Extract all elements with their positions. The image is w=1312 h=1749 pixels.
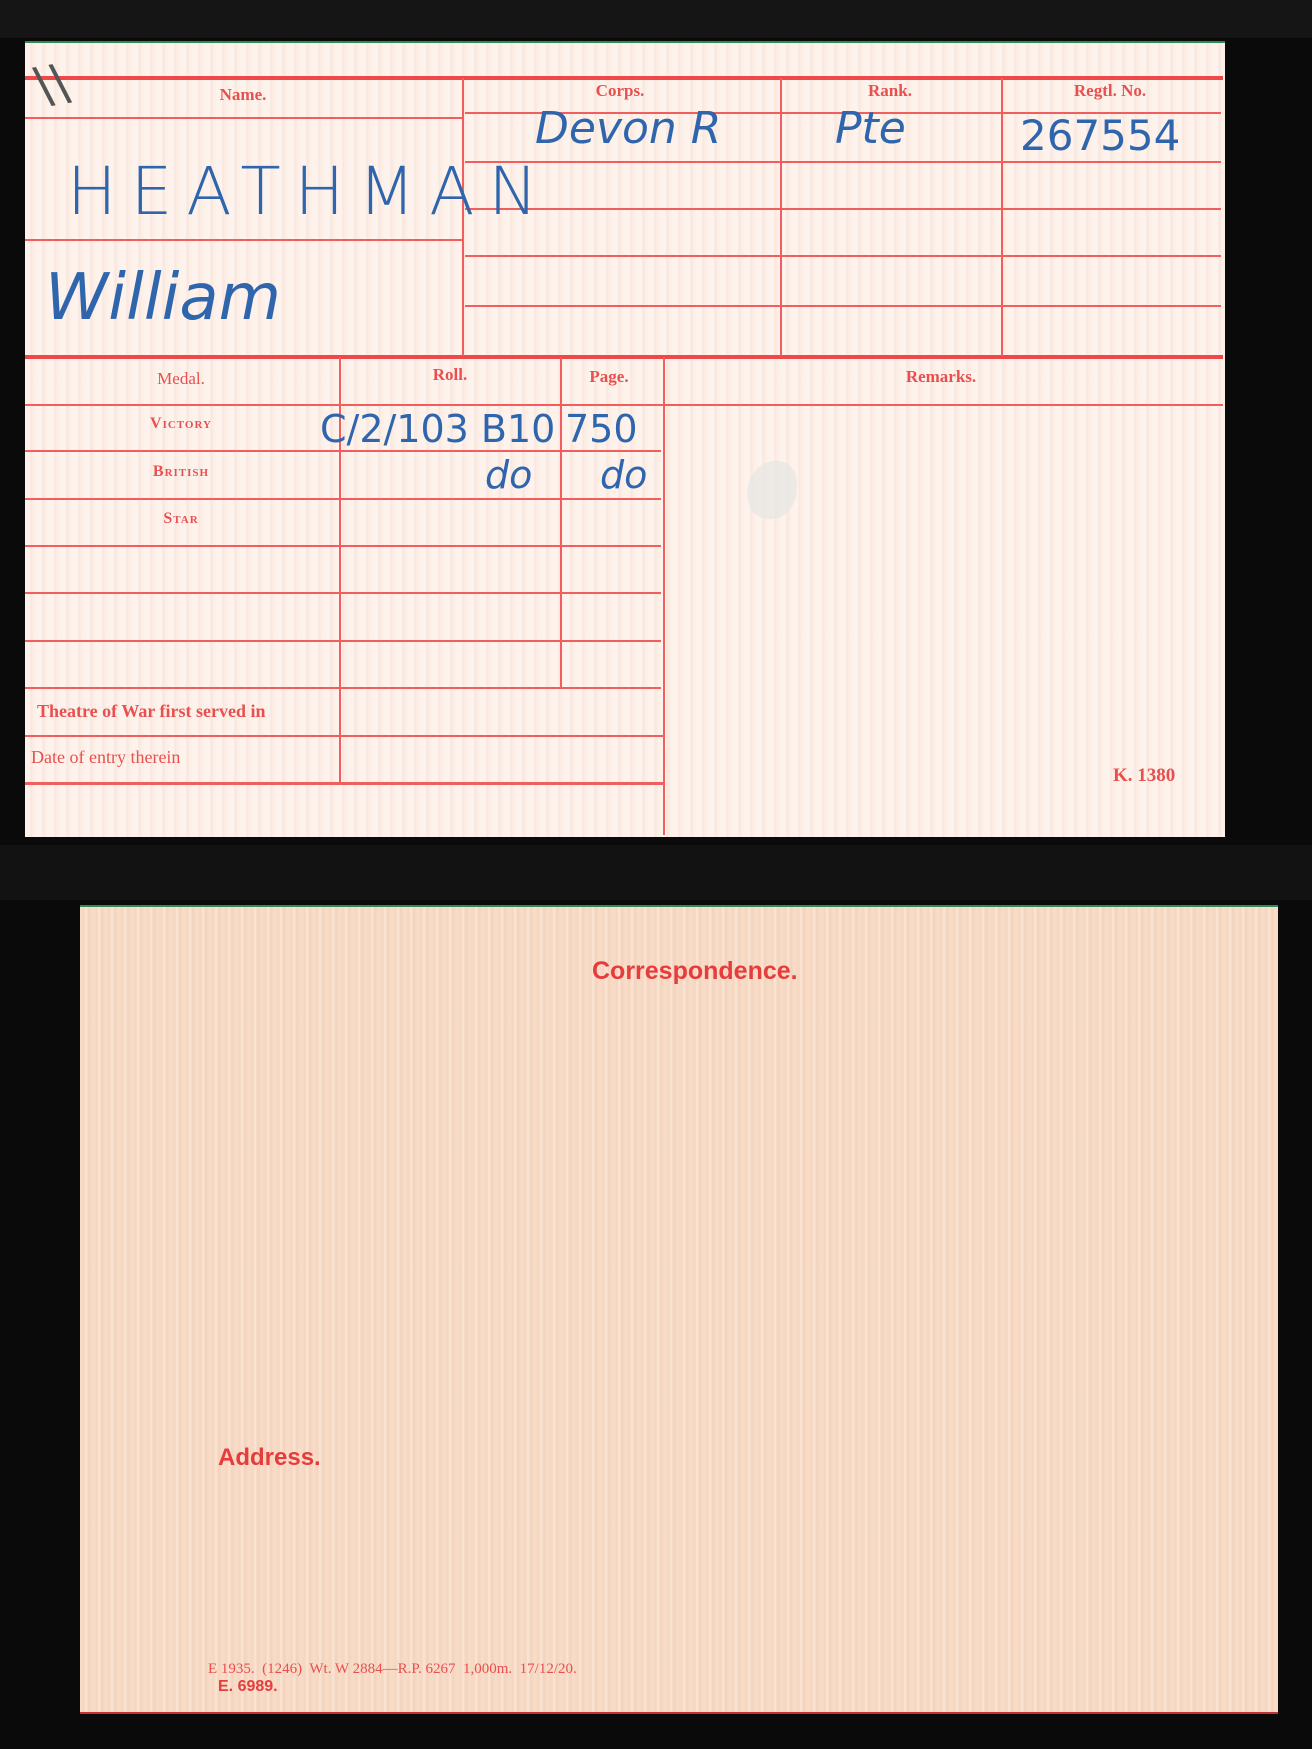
- rule: [465, 208, 1221, 210]
- rule-vertical: [663, 357, 665, 835]
- rule: [25, 592, 661, 594]
- correspondence-heading: Correspondence.: [592, 957, 798, 986]
- rule-vertical: [560, 357, 562, 689]
- rule: [25, 545, 661, 547]
- header-remarks: Remarks.: [906, 367, 976, 387]
- rule-top: [25, 76, 1223, 80]
- medal-index-card-front: Name. Corps. Rank. Regtl. No. \\ HEATHMA…: [25, 41, 1225, 837]
- rule: [25, 735, 663, 737]
- rule: [25, 239, 463, 241]
- rule: [25, 687, 661, 689]
- medal-index-card-back: Correspondence. Address. E 1935. (1246) …: [80, 905, 1278, 1714]
- header-rank: Rank.: [868, 81, 912, 101]
- address-heading: Address.: [218, 1444, 321, 1472]
- rule: [25, 782, 665, 785]
- page-entry-british: do: [600, 453, 647, 497]
- rank-entry: Pte: [835, 103, 906, 154]
- header-regtl-no: Regtl. No.: [1074, 81, 1146, 101]
- rule-section: [25, 355, 1223, 359]
- header-name: Name.: [220, 85, 267, 105]
- header-page: Page.: [589, 367, 628, 387]
- rule-vertical: [1001, 78, 1003, 356]
- rule: [465, 305, 1221, 307]
- roll-entry-british: do: [485, 453, 532, 497]
- rule: [25, 498, 661, 500]
- forename-entry: William: [45, 261, 281, 335]
- paper-stain: [747, 461, 797, 519]
- rule: [465, 255, 1221, 257]
- regtl-no-entry: 267554: [1020, 111, 1180, 160]
- date-entry-label: Date of entry therein: [31, 747, 180, 768]
- print-line: E 1935. (1246) Wt. W 2884—R.P. 6267 1,00…: [193, 1644, 577, 1713]
- tally-mark: \\: [30, 53, 73, 116]
- medal-label-victory: Victory: [150, 415, 212, 433]
- rule: [25, 404, 1223, 406]
- scan-border-middle: [0, 845, 1312, 900]
- medal-label-british: British: [153, 463, 209, 481]
- corps-entry: Devon R: [535, 103, 721, 154]
- roll-entry-victory: C/2/103 B10: [320, 407, 555, 451]
- surname-entry: HEATHMAN: [67, 153, 552, 230]
- rule-vertical: [780, 78, 782, 356]
- form-code: K. 1380: [1113, 765, 1175, 787]
- print-code: E. 6989.: [218, 1678, 278, 1695]
- header-medal: Medal.: [157, 369, 205, 389]
- theatre-label: Theatre of War first served in: [37, 701, 265, 722]
- rule: [25, 117, 463, 119]
- page-entry-victory: 750: [565, 407, 638, 451]
- rule: [25, 640, 661, 642]
- scan-border-top: [0, 0, 1312, 38]
- rule: [465, 161, 1221, 163]
- header-roll: Roll.: [433, 365, 467, 385]
- print-reference: E 1935. (1246) Wt. W 2884—R.P. 6267 1,00…: [208, 1661, 577, 1677]
- header-corps: Corps.: [596, 81, 645, 101]
- medal-label-star: Star: [163, 510, 198, 528]
